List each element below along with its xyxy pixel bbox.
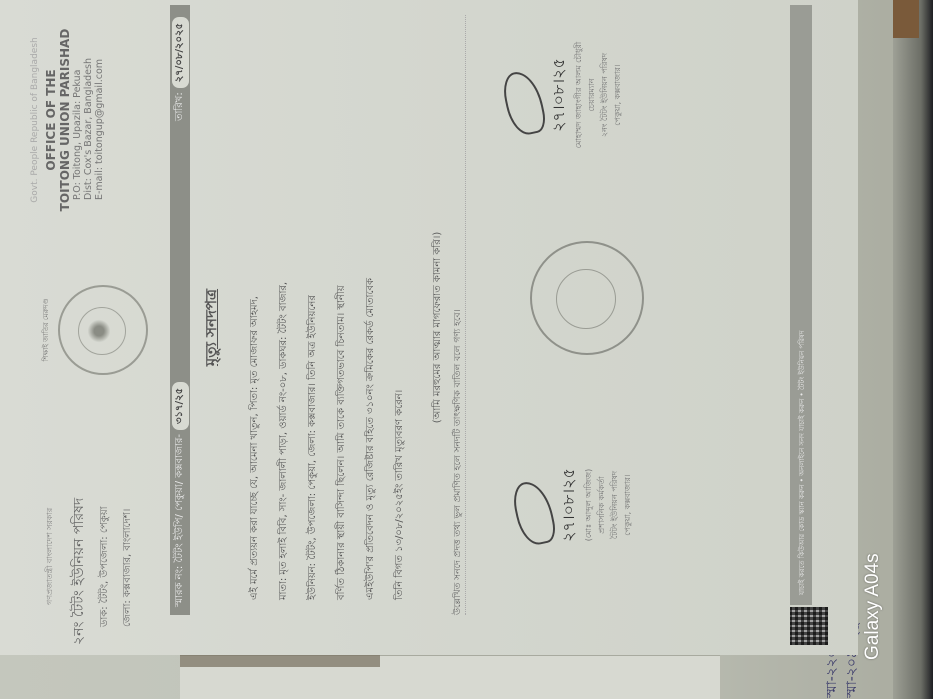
body-line: ইউনিয়ন: টৈটং, উপজেলা: পেকুয়া, জেলা: কক… [298,40,327,600]
signatory-designation: প্রশাসনিক কর্মকর্তা [596,415,609,595]
signature-mark [510,415,556,595]
post-address-bn: ডাক: টৈটং, উপজেলা: পেকুয়া [97,405,114,627]
camera-watermark: Galaxy A04s [862,553,884,660]
memo-number: ৩১৭/২৫ [172,382,189,430]
union-name-bn: ২নং টৈটং ইউনিয়ন পরিষদ [67,405,91,645]
signatory-office: টৈটং ইউনিয়ন পরিষদ [609,415,622,595]
leaf-emblem-icon [88,319,110,343]
signature-date: ২৭।০৮।২৫ [546,5,573,185]
email-en: E-mail: toitongup@gmail.com [94,10,105,200]
union-seal-logo [58,285,148,375]
signatory-office: ২নং টৈটং ইউনিয়ন পরিষদ [599,5,612,185]
govt-label-en: Govt. People Republic of Bangladesh [30,10,40,230]
header-left: গণপ্রজাতন্ত্রী বাংলাদেশ সরকার ২নং টৈটং ই… [44,405,137,645]
body-line: এই মর্মে প্রত্যয়ন করা যাচ্ছে যে, আমেনা … [240,40,269,600]
po-en: P.O: Toitong, Upazila: Pekua [72,10,83,200]
signatory-location: পেকুয়া, কক্সবাজার। [612,5,625,185]
certificate-body: এই মর্মে প্রত্যয়ন করা যাচ্ছে যে, আমেনা … [240,40,414,600]
official-round-stamp [530,241,644,355]
issue-date: ২৭/০৮/২০২৫ [172,17,189,88]
district-en: Dist: Cox's Bazar, Bangladesh [83,10,94,200]
date-label: তারিখ: [172,92,189,121]
certificate-title: মৃত্যু সনদপত্র [200,0,225,655]
body-line: এমইউপি'র প্রতিবেদন ও মৃত্যু রেজিষ্টার বহ… [356,40,385,600]
qr-code [790,607,828,645]
govt-label-bn: গণপ্রজাতন্ত্রী বাংলাদেশ সরকার [44,405,57,605]
prayer-line: (আমি মরহুমের আত্মার মাগফেরাত কামনা করি।) [430,0,447,655]
reference-bar: স্মারক নং: টৈটং ইউপি/ পেকুয়া/ কক্সবাজার… [170,5,190,615]
signature-date: ২৭।০৮।২৫ [556,415,583,595]
validity-note: উল্লেখিত সনদে প্রদত্ত তথ্য ভুল প্রমাণিত … [450,15,466,615]
signatory-location: পেকুয়া, কক্সবাজার। [622,415,635,595]
memo-label: স্মারক নং: টৈটং ইউপি/ পেকুয়া/ কক্সবাজার… [172,434,189,607]
signatory-name: মোহাম্মদ জাহাংগীর আলম চৌধুরী [573,5,586,185]
body-line: বর্ণিত ঠিকানার স্থায়ী বাসিন্দা ছিলেন। আ… [327,40,356,600]
certificate-content: গণপ্রজাতন্ত্রী বাংলাদেশ সরকার ২নং টৈটং ই… [0,0,858,655]
signature-block-left: ২৭।০৮।২৫ (মোঃ আব্দুল আজিজ) প্রশাসনিক কর্… [510,415,635,595]
body-line: মাতা: মৃত হলাই বিবি, সাং- জালালী পাড়া, … [269,40,298,600]
header-right: Govt. People Republic of Bangladesh OFFI… [30,10,105,230]
footer-bar: যাচাই করতে কিউআর কোড স্ক্যান করুন • অনলা… [790,5,812,605]
wood-edge [893,0,919,38]
district-bn: জেলা: কক্সবাজার, বাংলাদেশ। [120,405,137,627]
motto: শিক্ষাই জাতির মেরুদণ্ড [40,260,52,400]
photo-edge [893,0,933,699]
union-name-en: TOITONG UNION PARISHAD [58,10,72,230]
body-line: তিনি বিগত ১৩/০৮/২০২৫ইং তারিখ মৃত্যুবরণ ক… [385,40,414,600]
signature-mark [500,5,546,185]
signatory-designation: চেয়ারম্যান [586,5,599,185]
signatory-name: (মোঃ আব্দুল আজিজ) [583,415,596,595]
certificate-page: গণপ্রজাতন্ত্রী বাংলাদেশ সরকার ২নং টৈটং ই… [0,0,858,655]
signature-block-right: ২৭।০৮।২৫ মোহাম্মদ জাহাংগীর আলম চৌধুরী চে… [500,5,625,185]
tape-strip [180,655,380,667]
header-center: শিক্ষাই জাতির মেরুদণ্ড [40,260,148,400]
office-of-the: OFFICE OF THE [44,10,58,230]
